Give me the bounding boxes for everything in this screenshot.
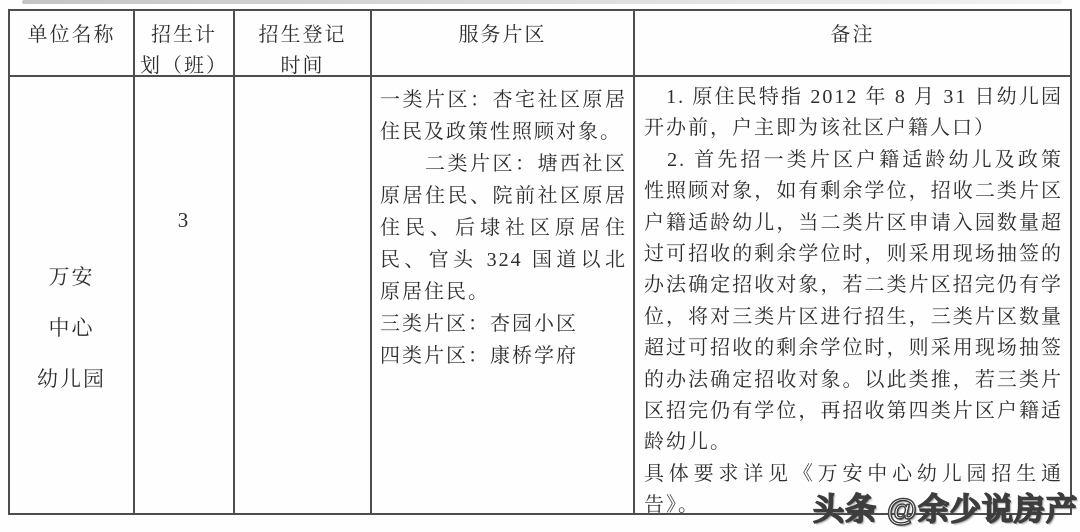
cell-enrollment-plan: 3 [133,75,233,513]
header-unit-name: 单位名称 [10,11,133,75]
toutiao-watermark: 头条 @余少说房产 [813,484,1078,529]
cell-registration-time [233,75,370,513]
header-registration-time: 招生登记 时间 [233,11,370,75]
cell-unit-name: 万安 中心 幼儿园 [10,75,133,513]
cell-remarks: 1. 原住民特指 2012 年 8 月 31 日幼儿园开办前，户主即为该社区户籍… [633,75,1070,513]
scanned-document-page: 单位名称 招生计 划（班） 招生登记 时间 服务片区 备注 万安 中心 幼儿园 … [0,0,1080,532]
scan-edge-artifact [22,0,1062,4]
enrollment-table: 单位名称 招生计 划（班） 招生登记 时间 服务片区 备注 万安 中心 幼儿园 … [8,9,1072,515]
header-remarks: 备注 [633,11,1070,75]
header-enrollment-plan: 招生计 划（班） [133,11,233,75]
cell-service-area: 一类片区：杏宅社区原居住民及政策性照顾对象。 二类片区：塘西社区原居住民、院前社… [370,75,633,513]
header-service-area: 服务片区 [370,11,633,75]
